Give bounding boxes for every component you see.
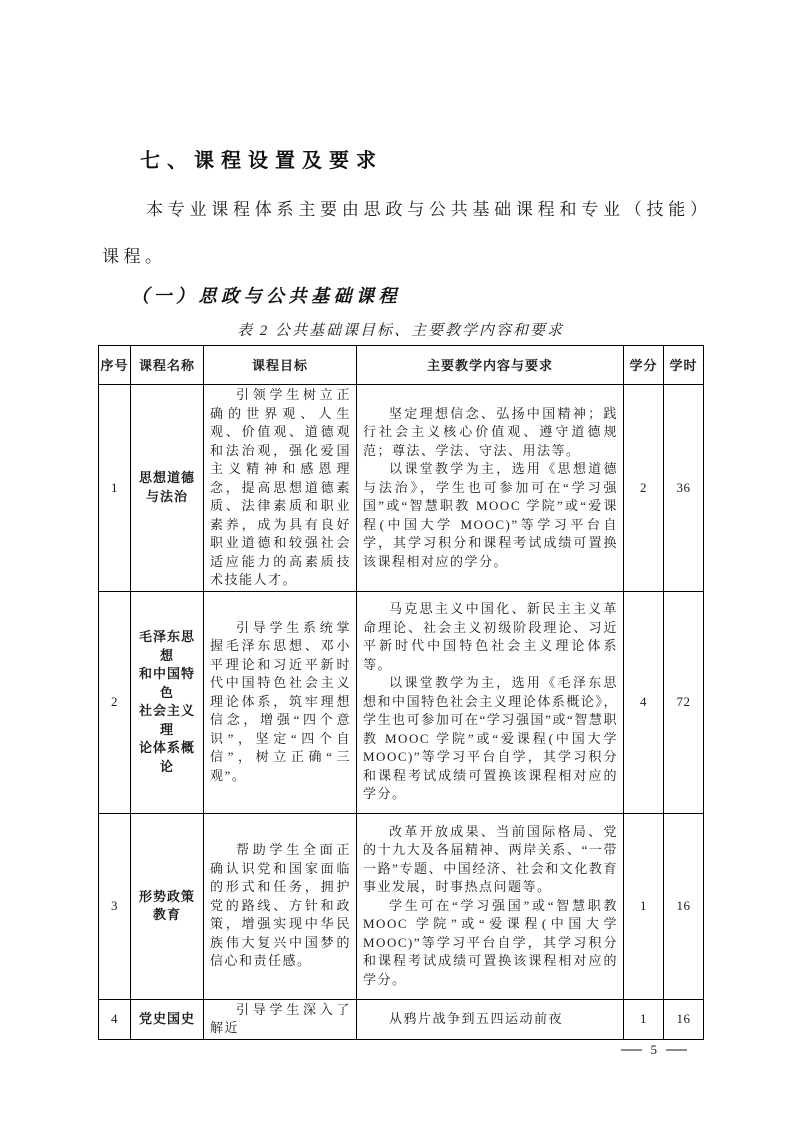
row-number-cell: 4: [99, 999, 131, 1039]
document-page: 七、课程设置及要求 本专业课程体系主要由思政与公共基础课程和专业（技能）课程。 …: [0, 0, 793, 1122]
content-paragraph: 以课堂教学为主，选用《思想道德与法治》，学生也可参加可在“学习强国”或“智慧职教…: [363, 460, 618, 571]
column-header: 学分: [624, 346, 664, 385]
hours-cell: 16: [664, 999, 704, 1039]
footer-dash-right: [666, 1049, 687, 1051]
course-name-cell: 毛泽东思想和中国特色社会主义理论体系概论: [131, 591, 204, 813]
course-name-line: 论体系概论: [133, 739, 201, 776]
hours-cell: 36: [664, 385, 704, 592]
course-name-line: 教育: [133, 906, 201, 925]
course-name-line: 和中国特色: [133, 665, 201, 702]
credits-cell: 1: [624, 813, 664, 999]
table-header-row: 序号课程名称课程目标主要教学内容与要求学分学时: [99, 346, 704, 385]
column-header: 课程名称: [131, 346, 204, 385]
row-number-cell: 1: [99, 385, 131, 592]
objective-cell: 引领学生树立正确的世界观、人生观、价值观、道德观和法治观，强化爱国主义精神和感恩…: [204, 385, 357, 592]
column-header: 学时: [664, 346, 704, 385]
table-row: 3形势政策教育帮助学生全面正确认识党和国家面临的形式和任务，拥护党的路线、方针和…: [99, 813, 704, 999]
course-name-line: 与法治: [133, 488, 201, 507]
course-name-cell: 党史国史: [131, 999, 204, 1039]
course-name-cell: 形势政策教育: [131, 813, 204, 999]
content-paragraph: 马克思主义中国化、新民主主义革命理论、社会主义初级阶段理论、习近平新时代中国特色…: [363, 600, 618, 674]
table-row: 1思想道德与法治引领学生树立正确的世界观、人生观、价值观、道德观和法治观，强化爱…: [99, 385, 704, 592]
objective-paragraph: 引导学生系统掌握毛泽东思想、邓小平理论和习近平新时代中国特色社会主义理论体系，筑…: [210, 619, 351, 786]
content-paragraph: 从鸦片战争到五四运动前夜: [363, 1010, 618, 1029]
row-number-cell: 3: [99, 813, 131, 999]
hours-cell: 16: [664, 813, 704, 999]
table-row: 2毛泽东思想和中国特色社会主义理论体系概论引导学生系统掌握毛泽东思想、邓小平理论…: [99, 591, 704, 813]
course-name-line: 形势政策: [133, 888, 201, 907]
section-heading: 七、课程设置及要求: [98, 148, 703, 174]
credits-cell: 2: [624, 385, 664, 592]
course-table: 序号课程名称课程目标主要教学内容与要求学分学时 1思想道德与法治引领学生树立正确…: [98, 345, 704, 1040]
content-paragraph: 改革开放成果、当前国际格局、党的十九大及各届精神、两岸关系、“一带一路”专题、中…: [363, 823, 618, 897]
course-name-cell: 思想道德与法治: [131, 385, 204, 592]
subsection-heading: （一）思政与公共基础课程: [98, 284, 703, 308]
course-name-line: 思想道德: [133, 469, 201, 488]
course-table-body: 1思想道德与法治引领学生树立正确的世界观、人生观、价值观、道德观和法治观，强化爱…: [99, 385, 704, 1040]
objective-paragraph: 引导学生深入了解近: [210, 1001, 351, 1038]
course-name-line: 社会主义理: [133, 702, 201, 739]
column-header: 序号: [99, 346, 131, 385]
content-cell: 从鸦片战争到五四运动前夜: [357, 999, 624, 1039]
objective-cell: 引导学生深入了解近: [204, 999, 357, 1039]
content-paragraph: 以课堂教学为主，选用《毛泽东思想和中国特色社会主义理论体系概论》，学生也可参加可…: [363, 674, 618, 804]
content-cell: 坚定理想信念、弘扬中国精神；践行社会主义核心价值观、遵守道德规范；尊法、学法、守…: [357, 385, 624, 592]
column-header: 课程目标: [204, 346, 357, 385]
page-footer: 5: [621, 1042, 688, 1058]
objective-paragraph: 引领学生树立正确的世界观、人生观、价值观、道德观和法治观，强化爱国主义精神和感恩…: [210, 386, 351, 590]
content-cell: 改革开放成果、当前国际格局、党的十九大及各届精神、两岸关系、“一带一路”专题、中…: [357, 813, 624, 999]
credits-cell: 1: [624, 999, 664, 1039]
content-paragraph: 坚定理想信念、弘扬中国精神；践行社会主义核心价值观、遵守道德规范；尊法、学法、守…: [363, 405, 618, 461]
objective-paragraph: 帮助学生全面正确认识党和国家面临的形式和任务，拥护党的路线、方针和政策，增强实现…: [210, 841, 351, 971]
intro-paragraph: 本专业课程体系主要由思政与公共基础课程和专业（技能）课程。: [102, 186, 703, 280]
footer-dash-left: [621, 1049, 642, 1051]
column-header: 主要教学内容与要求: [357, 346, 624, 385]
table-caption: 表 2 公共基础课目标、主要教学内容和要求: [98, 319, 703, 340]
credits-cell: 4: [624, 591, 664, 813]
hours-cell: 72: [664, 591, 704, 813]
objective-cell: 引导学生系统掌握毛泽东思想、邓小平理论和习近平新时代中国特色社会主义理论体系，筑…: [204, 591, 357, 813]
course-name-line: 毛泽东思想: [133, 628, 201, 665]
row-number-cell: 2: [99, 591, 131, 813]
table-row: 4党史国史引导学生深入了解近从鸦片战争到五四运动前夜116: [99, 999, 704, 1039]
objective-cell: 帮助学生全面正确认识党和国家面临的形式和任务，拥护党的路线、方针和政策，增强实现…: [204, 813, 357, 999]
page-number: 5: [651, 1042, 658, 1058]
content-cell: 马克思主义中国化、新民主主义革命理论、社会主义初级阶段理论、习近平新时代中国特色…: [357, 591, 624, 813]
content-paragraph: 学生可在“学习强国”或“智慧职教 MOOC 学院”或“爱课程(中国大学 MOOC…: [363, 897, 618, 990]
course-name-line: 党史国史: [133, 1010, 201, 1029]
